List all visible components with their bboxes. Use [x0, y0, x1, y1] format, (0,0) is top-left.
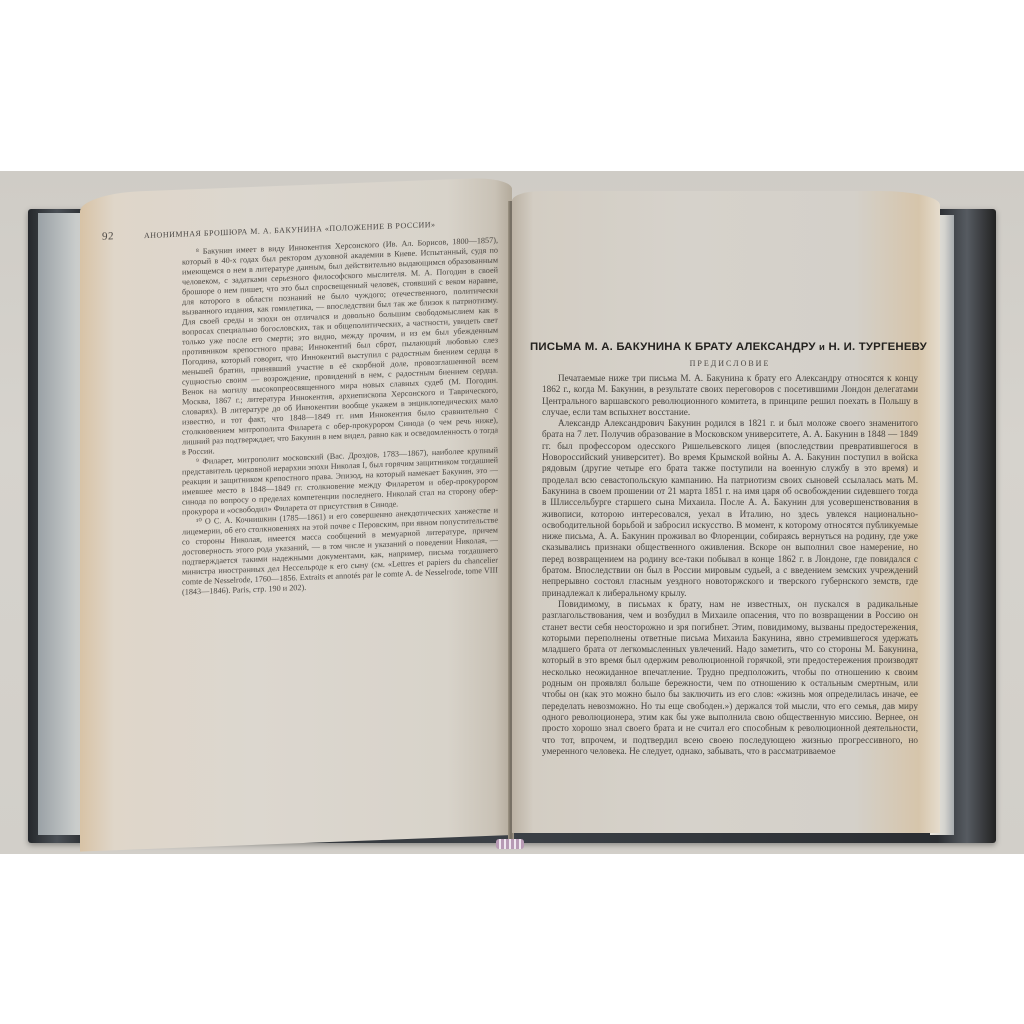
running-head: 92 Анонимная брошюра М. А. Бакунина «Пол…	[182, 216, 498, 240]
right-page: ПИСЬМА М. А. БАКУНИНА К БРАТУ АЛЕКСАНДРУ…	[512, 191, 940, 833]
footnote-10: ¹⁰ О С. А. Кочнишкин (1785—1861) и его с…	[182, 506, 498, 598]
paragraph: Печатаемые ниже три письма М. А. Бакунин…	[542, 373, 918, 418]
chapter-title-main: ПИСЬМА М. А. БАКУНИНА К БРАТУ АЛЕКСАНДРУ	[530, 341, 816, 353]
book-photo: 92 Анонимная брошюра М. А. Бакунина «Пол…	[0, 171, 1024, 854]
preface-body: Печатаемые ниже три письма М. А. Бакунин…	[542, 373, 918, 757]
footnotes: ⁸ Бакунин имеет в виду Иннокентия Херсон…	[182, 236, 498, 598]
chapter-title-tail: Н. И. ТУРГЕНЕВУ	[828, 341, 926, 353]
chapter-title: ПИСЬМА М. А. БАКУНИНА К БРАТУ АЛЕКСАНДРУ…	[530, 341, 918, 353]
paragraph: Повидимому, в письмах к брату, нам не из…	[542, 599, 918, 757]
page-number: 92	[102, 230, 114, 242]
spine-headband	[496, 839, 524, 849]
running-head-title: Анонимная брошюра М. А. Бакунина «Положе…	[144, 220, 436, 240]
preface-heading: Предисловие	[542, 359, 918, 368]
chapter-title-conj: и	[819, 342, 825, 353]
footnote-8: ⁸ Бакунин имеет в виду Иннокентия Херсон…	[182, 236, 498, 458]
paragraph: Александр Александрович Бакунин родился …	[542, 418, 918, 599]
left-page: 92 Анонимная брошюра М. А. Бакунина «Пол…	[80, 177, 512, 852]
